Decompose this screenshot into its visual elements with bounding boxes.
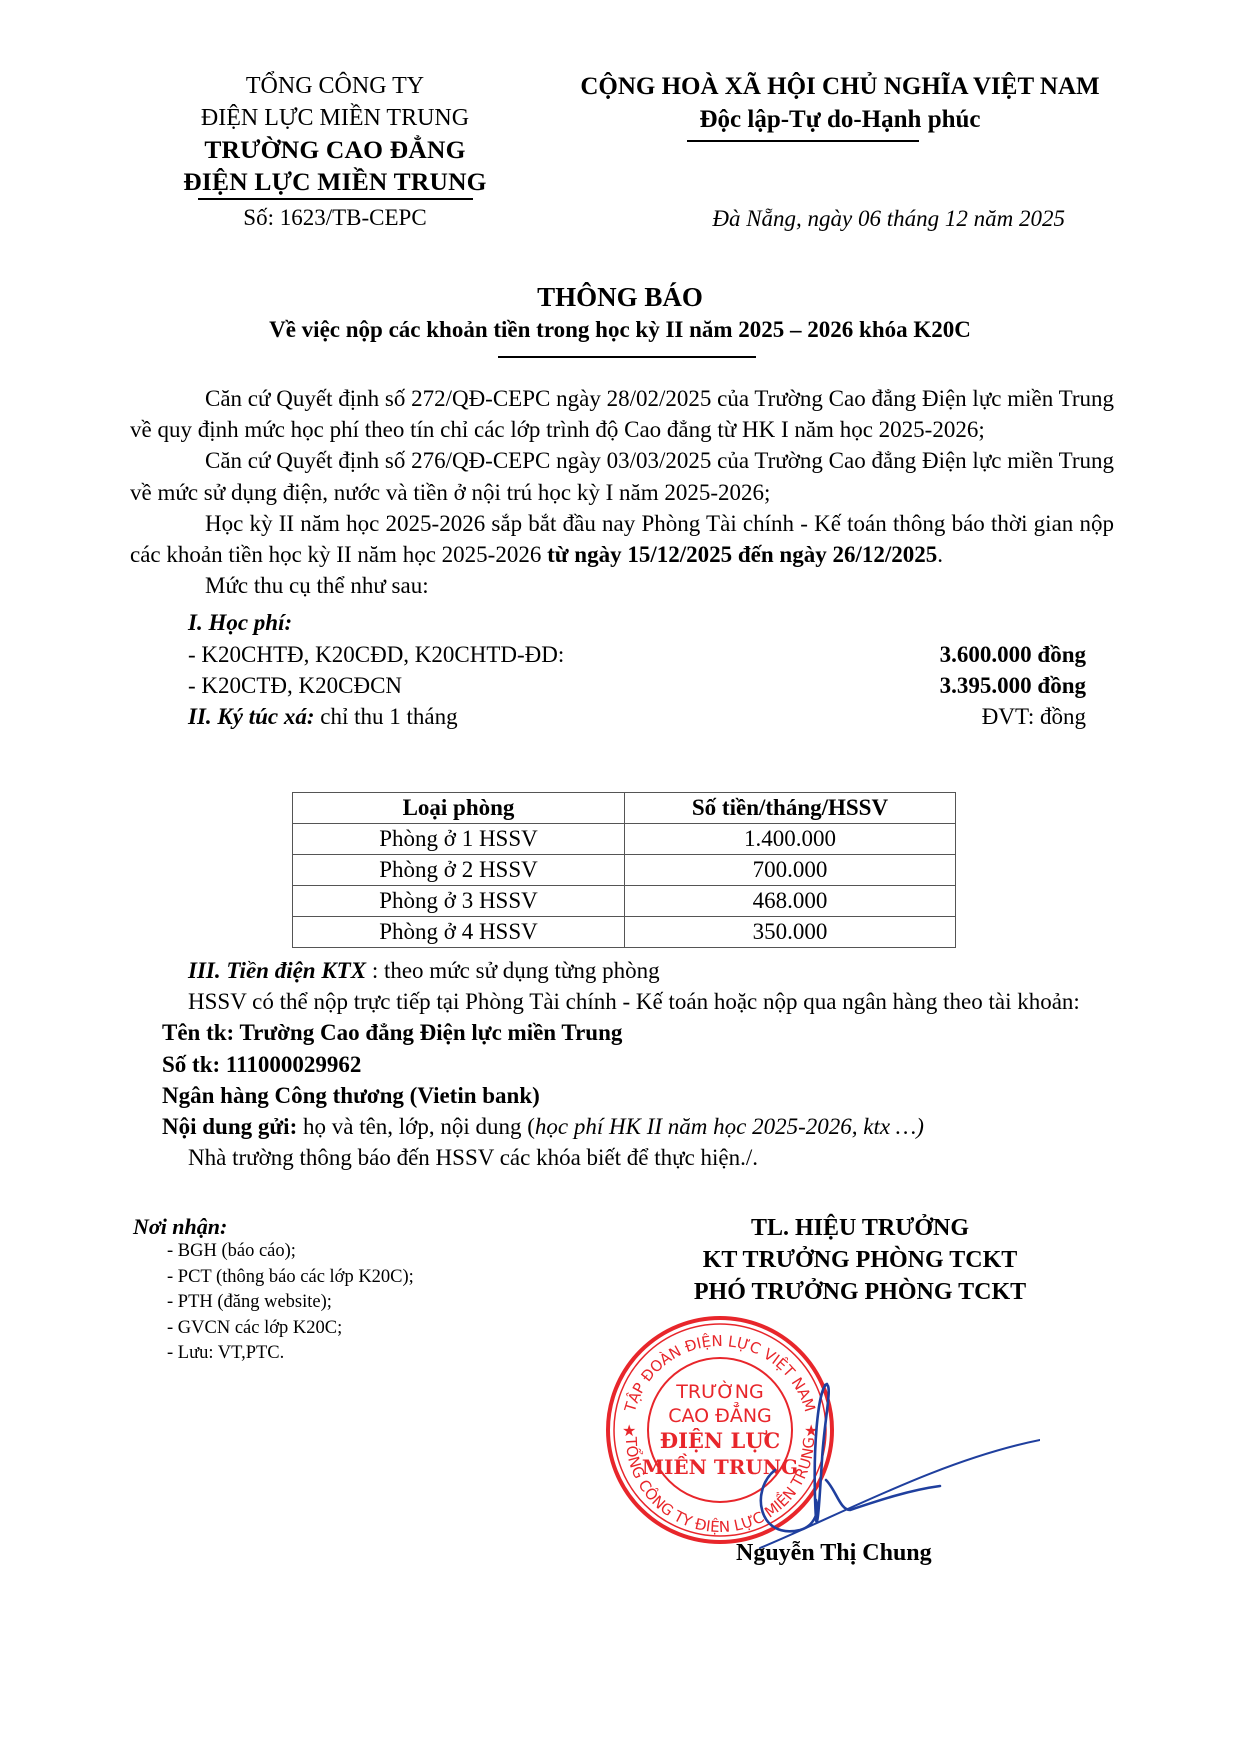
table-row: Phòng ở 1 HSSV 1.400.000 xyxy=(293,824,956,855)
org-line-1: TỔNG CÔNG TY xyxy=(140,70,530,102)
electricity-heading: III. Tiền điện KTX xyxy=(188,958,366,983)
room-type: Phòng ở 3 HSSV xyxy=(293,886,625,917)
motto: Độc lập-Tự do-Hạnh phúc xyxy=(545,103,1135,136)
doc-title: THÔNG BÁO xyxy=(130,282,1110,313)
column-header-amount: Số tiền/tháng/HSSV xyxy=(625,793,956,824)
paragraph-rates-intro: Mức thu cụ thể như sau: xyxy=(130,570,1114,601)
recipient-item: - Lưu: VT,PTC. xyxy=(167,1341,414,1367)
tuition-classes: - K20CTĐ, K20CĐCN xyxy=(188,670,402,701)
doc-body: Căn cứ Quyết định số 272/QĐ-CEPC ngày 28… xyxy=(130,383,1114,732)
signer-name: Nguyễn Thị Chung xyxy=(736,1540,932,1567)
paragraph-schedule: Học kỳ II năm học 2025-2026 sắp bắt đầu … xyxy=(130,508,1114,570)
handwritten-signature-icon xyxy=(640,1340,1040,1550)
column-header-room-type: Loại phòng xyxy=(293,793,625,824)
recipient-item: - PCT (thông báo các lớp K20C); xyxy=(167,1265,414,1291)
room-fee: 468.000 xyxy=(625,886,956,917)
recipients-block: Nơi nhận: - BGH (báo cáo); - PCT (thông … xyxy=(133,1214,414,1367)
signature-title-line: TL. HIỆU TRƯỞNG xyxy=(600,1212,1120,1244)
motto-underline xyxy=(687,140,919,142)
room-fee: 1.400.000 xyxy=(625,824,956,855)
room-fee: 350.000 xyxy=(625,917,956,948)
recipients-list: - BGH (báo cáo); - PCT (thông báo các lớ… xyxy=(133,1239,414,1367)
room-type: Phòng ở 2 HSSV xyxy=(293,855,625,886)
nation-title: CỘNG HOÀ XÃ HỘI CHỦ NGHĨA VIỆT NAM xyxy=(545,70,1135,103)
doc-number: Số: 1623/TB-CEPC xyxy=(140,202,530,234)
org-line-2: ĐIỆN LỰC MIỀN TRUNG xyxy=(140,102,530,134)
tuition-heading: I. Học phí: xyxy=(188,607,292,638)
issuer-underline xyxy=(198,198,473,200)
title-underline xyxy=(498,356,756,358)
recipients-heading: Nơi nhận: xyxy=(133,1214,414,1239)
table-row: Phòng ở 2 HSSV 700.000 xyxy=(293,855,956,886)
transfer-content-example: học phí HK II năm học 2025-2026, ktx …) xyxy=(535,1114,924,1139)
tuition-item: - K20CTĐ, K20CĐCN 3.395.000 đồng xyxy=(130,670,1114,701)
dorm-heading: II. Ký túc xá: xyxy=(188,704,315,729)
table-header-row: Loại phòng Số tiền/tháng/HSSV xyxy=(293,793,956,824)
table-row: Phòng ở 4 HSSV 350.000 xyxy=(293,917,956,948)
recipient-item: - PTH (đăng website); xyxy=(167,1290,414,1316)
schedule-end: . xyxy=(937,542,943,567)
room-type: Phòng ở 1 HSSV xyxy=(293,824,625,855)
payment-section: III. Tiền điện KTX : theo mức sử dụng từ… xyxy=(130,955,1114,1173)
signature-title-line: PHÓ TRƯỞNG PHÒNG TCKT xyxy=(600,1276,1120,1308)
tuition-classes: - K20CHTĐ, K20CĐD, K20CHTD-ĐD: xyxy=(188,639,564,670)
transfer-content: Nội dung gửi: họ và tên, lớp, nội dung (… xyxy=(130,1111,1114,1142)
tuition-item: - K20CHTĐ, K20CĐD, K20CHTD-ĐD: 3.600.000… xyxy=(130,639,1114,670)
dorm-heading-row: II. Ký túc xá: chỉ thu 1 tháng ĐVT: đồng xyxy=(130,701,1114,732)
dorm-note: chỉ thu 1 tháng xyxy=(315,704,458,729)
svg-text:★: ★ xyxy=(622,1421,636,1440)
doc-subtitle: Về việc nộp các khoản tiền trong học kỳ … xyxy=(130,317,1110,343)
transfer-content-text: họ và tên, lớp, nội dung ( xyxy=(297,1114,535,1139)
dorm-fee-table: Loại phòng Số tiền/tháng/HSSV Phòng ở 1 … xyxy=(292,792,956,948)
signature-title-line: KT TRƯỞNG PHÒNG TCKT xyxy=(600,1244,1120,1276)
national-header: CỘNG HOÀ XÃ HỘI CHỦ NGHĨA VIỆT NAM Độc l… xyxy=(545,70,1135,136)
dorm-heading-wrap: II. Ký túc xá: chỉ thu 1 tháng xyxy=(188,701,458,732)
school-line-2: ĐIỆN LỰC MIỀN TRUNG xyxy=(140,166,530,198)
room-fee: 700.000 xyxy=(625,855,956,886)
payment-intro: HSSV có thể nộp trực tiếp tại Phòng Tài … xyxy=(130,986,1114,1017)
room-type: Phòng ở 4 HSSV xyxy=(293,917,625,948)
school-line-1: TRƯỜNG CAO ĐẲNG xyxy=(140,134,530,166)
recipient-item: - GVCN các lớp K20C; xyxy=(167,1316,414,1342)
tuition-amount: 3.395.000 đồng xyxy=(940,670,1086,701)
table-row: Phòng ở 3 HSSV 468.000 xyxy=(293,886,956,917)
paragraph-basis-1: Căn cứ Quyết định số 272/QĐ-CEPC ngày 28… xyxy=(130,383,1114,445)
account-name: Tên tk: Trường Cao đẳng Điện lực miền Tr… xyxy=(130,1017,1114,1048)
electricity-note: : theo mức sử dụng từng phòng xyxy=(366,958,660,983)
bank-name: Ngân hàng Công thương (Vietin bank) xyxy=(130,1080,1114,1111)
dorm-unit: ĐVT: đồng xyxy=(982,701,1086,732)
issuer-block: TỔNG CÔNG TY ĐIỆN LỰC MIỀN TRUNG TRƯỜNG … xyxy=(140,70,530,234)
tuition-heading-row: I. Học phí: xyxy=(130,607,1114,638)
paragraph-basis-2: Căn cứ Quyết định số 276/QĐ-CEPC ngày 03… xyxy=(130,445,1114,507)
transfer-content-label: Nội dung gửi: xyxy=(162,1114,297,1139)
account-number: Số tk: 111000029962 xyxy=(130,1049,1114,1080)
tuition-amount: 3.600.000 đồng xyxy=(940,639,1086,670)
electricity-line: III. Tiền điện KTX : theo mức sử dụng từ… xyxy=(130,955,1114,986)
recipient-item: - BGH (báo cáo); xyxy=(167,1239,414,1265)
closing-line: Nhà trường thông báo đến HSSV các khóa b… xyxy=(130,1142,1114,1173)
signature-title-block: TL. HIỆU TRƯỞNG KT TRƯỞNG PHÒNG TCKT PHÓ… xyxy=(600,1212,1120,1308)
schedule-dates: từ ngày 15/12/2025 đến ngày 26/12/2025 xyxy=(547,542,937,567)
place-date: Đà Nẵng, ngày 06 tháng 12 năm 2025 xyxy=(545,206,1065,232)
